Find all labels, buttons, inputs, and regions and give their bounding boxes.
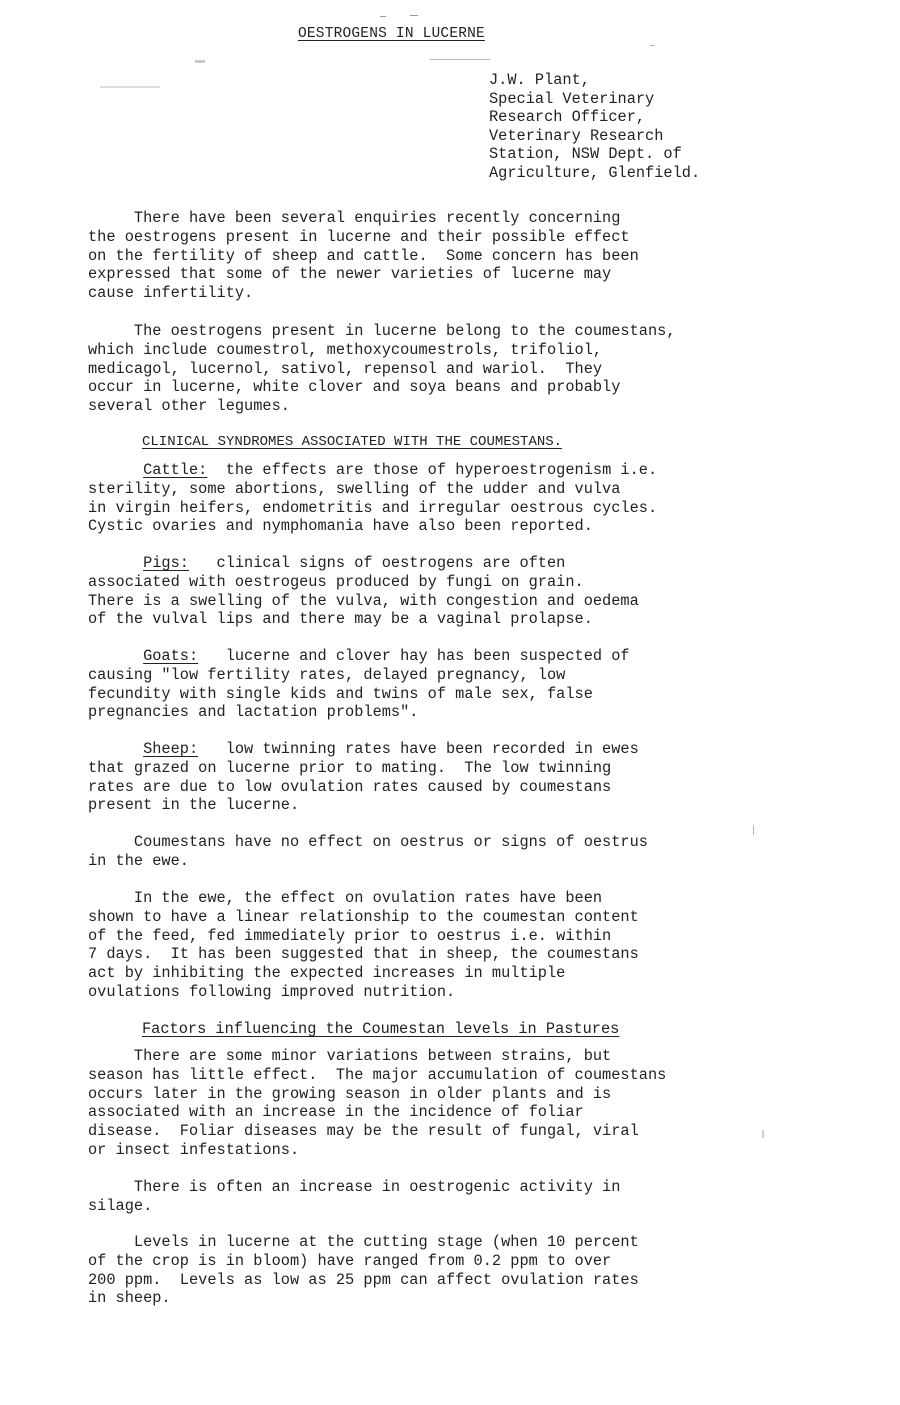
scan-artifact bbox=[410, 15, 418, 16]
species-label: Pigs: bbox=[143, 554, 189, 572]
intro-paragraph: There have been several enquiries recent… bbox=[88, 209, 639, 303]
text-line: The oestrogens present in lucerne belong… bbox=[88, 322, 676, 341]
text-line: or insect infestations. bbox=[88, 1141, 666, 1160]
text-line: the oestrogens present in lucerne and th… bbox=[88, 228, 639, 247]
text-span: the effects are those of hyperoestrogeni… bbox=[207, 461, 657, 479]
text-line: expressed that some of the newer varieti… bbox=[88, 265, 639, 284]
scan-artifact bbox=[753, 825, 754, 835]
text-line: Sheep: low twinning rates have been reco… bbox=[88, 740, 639, 759]
scan-artifact bbox=[762, 1130, 764, 1138]
body-paragraph: There are some minor variations between … bbox=[88, 1047, 666, 1160]
text-line: pregnancies and lactation problems". bbox=[88, 703, 630, 722]
body-paragraph: In the ewe, the effect on ovulation rate… bbox=[88, 889, 639, 1002]
text-line: associated with oestrogeus produced by f… bbox=[88, 573, 639, 592]
text-line: fecundity with single kids and twins of … bbox=[88, 685, 630, 704]
text-line: There are some minor variations between … bbox=[88, 1047, 666, 1066]
text-line: in sheep. bbox=[88, 1289, 639, 1308]
body-paragraph: Levels in lucerne at the cutting stage (… bbox=[88, 1233, 639, 1308]
scan-artifact bbox=[195, 60, 205, 63]
author-line: Veterinary Research bbox=[489, 127, 700, 146]
text-span: low twinning rates have been recorded in… bbox=[198, 740, 639, 758]
text-line: There is often an increase in oestrogeni… bbox=[88, 1178, 620, 1197]
text-line: season has little effect. The major accu… bbox=[88, 1066, 666, 1085]
text-line: associated with an increase in the incid… bbox=[88, 1103, 666, 1122]
text-line: ovulations following improved nutrition. bbox=[88, 983, 639, 1002]
author-line: Special Veterinary bbox=[489, 90, 700, 109]
text-line: There is a swelling of the vulva, with c… bbox=[88, 592, 639, 611]
text-line: Pigs: clinical signs of oestrogens are o… bbox=[88, 554, 639, 573]
species-paragraph-goats: Goats: lucerne and clover hay has been s… bbox=[88, 647, 630, 722]
text-line: occur in lucerne, white clover and soya … bbox=[88, 378, 676, 397]
text-line: Cystic ovaries and nymphomania have also… bbox=[88, 517, 657, 536]
text-line: on the fertility of sheep and cattle. So… bbox=[88, 247, 639, 266]
text-line: that grazed on lucerne prior to mating. … bbox=[88, 759, 639, 778]
text-line: Levels in lucerne at the cutting stage (… bbox=[88, 1233, 639, 1252]
author-block: J.W. Plant, Special Veterinary Research … bbox=[489, 71, 700, 183]
intro-paragraph: The oestrogens present in lucerne belong… bbox=[88, 322, 676, 416]
text-line: which include coumestrol, methoxycoumest… bbox=[88, 341, 676, 360]
text-line: causing "low fertility rates, delayed pr… bbox=[88, 666, 630, 685]
text-line: shown to have a linear relationship to t… bbox=[88, 908, 639, 927]
text-line: sterility, some abortions, swelling of t… bbox=[88, 480, 657, 499]
text-line: In the ewe, the effect on ovulation rate… bbox=[88, 889, 639, 908]
text-line: cause infertility. bbox=[88, 284, 639, 303]
body-paragraph: Coumestans have no effect on oestrus or … bbox=[88, 833, 648, 871]
author-line: Agriculture, Glenfield. bbox=[489, 164, 700, 183]
text-line: in the ewe. bbox=[88, 852, 648, 871]
text-line: several other legumes. bbox=[88, 397, 676, 416]
section-heading-factors: Factors influencing the Coumestan levels… bbox=[142, 1020, 619, 1038]
species-label: Goats: bbox=[143, 647, 198, 665]
scan-artifact bbox=[650, 45, 655, 46]
text-line: medicagol, lucernol, sativol, repensol a… bbox=[88, 360, 676, 379]
species-paragraph-pigs: Pigs: clinical signs of oestrogens are o… bbox=[88, 554, 639, 629]
text-line: of the vulval lips and there may be a va… bbox=[88, 610, 639, 629]
text-line: silage. bbox=[88, 1197, 620, 1216]
document-title: OESTROGENS IN LUCERNE bbox=[298, 26, 485, 42]
text-line: 200 ppm. Levels as low as 25 ppm can aff… bbox=[88, 1271, 639, 1290]
scan-artifact bbox=[430, 59, 490, 60]
section-heading-clinical-syndromes: CLINICAL SYNDROMES ASSOCIATED WITH THE C… bbox=[142, 434, 562, 450]
text-line: Coumestans have no effect on oestrus or … bbox=[88, 833, 648, 852]
text-line: Goats: lucerne and clover hay has been s… bbox=[88, 647, 630, 666]
document-page: OESTROGENS IN LUCERNE J.W. Plant, Specia… bbox=[0, 0, 900, 1405]
text-span: clinical signs of oestrogens are often bbox=[189, 554, 565, 572]
scan-artifact bbox=[100, 86, 160, 88]
species-label: Sheep: bbox=[143, 740, 198, 758]
text-line: present in the lucerne. bbox=[88, 796, 639, 815]
text-line: act by inhibiting the expected increases… bbox=[88, 964, 639, 983]
author-line: J.W. Plant, bbox=[489, 71, 700, 90]
author-line: Research Officer, bbox=[489, 108, 700, 127]
text-line: occurs later in the growing season in ol… bbox=[88, 1085, 666, 1104]
text-span: lucerne and clover hay has been suspecte… bbox=[198, 647, 629, 665]
text-line: of the feed, fed immediately prior to oe… bbox=[88, 927, 639, 946]
body-paragraph: There is often an increase in oestrogeni… bbox=[88, 1178, 620, 1216]
species-label: Cattle: bbox=[143, 461, 207, 479]
text-line: Cattle: the effects are those of hyperoe… bbox=[88, 461, 657, 480]
text-line: rates are due to low ovulation rates cau… bbox=[88, 778, 639, 797]
text-line: in virgin heifers, endometritis and irre… bbox=[88, 499, 657, 518]
species-paragraph-cattle: Cattle: the effects are those of hyperoe… bbox=[88, 461, 657, 536]
author-line: Station, NSW Dept. of bbox=[489, 145, 700, 164]
text-line: of the crop is in bloom) have ranged fro… bbox=[88, 1252, 639, 1271]
text-line: There have been several enquiries recent… bbox=[88, 209, 639, 228]
species-paragraph-sheep: Sheep: low twinning rates have been reco… bbox=[88, 740, 639, 815]
text-line: 7 days. It has been suggested that in sh… bbox=[88, 945, 639, 964]
scan-artifact bbox=[380, 16, 386, 17]
text-line: disease. Foliar diseases may be the resu… bbox=[88, 1122, 666, 1141]
